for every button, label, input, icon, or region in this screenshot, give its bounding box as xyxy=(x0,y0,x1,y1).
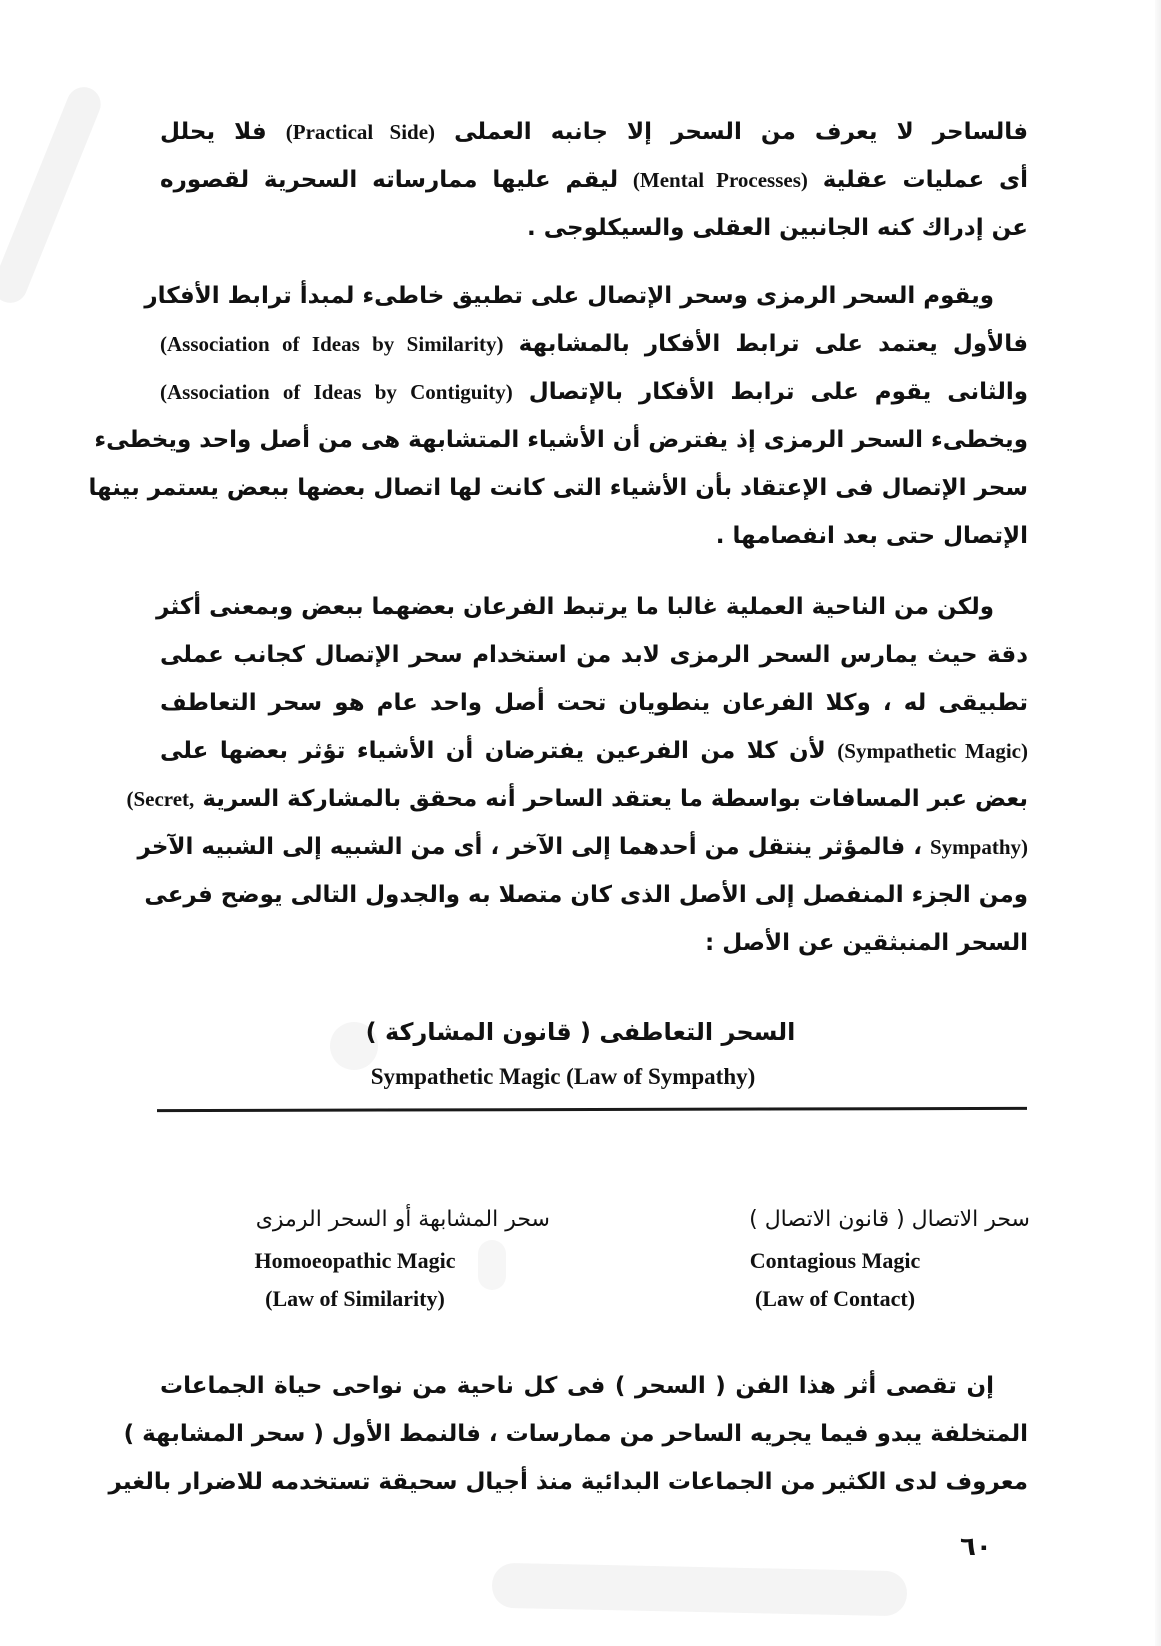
english-term: Sympathy) xyxy=(930,835,1028,859)
arabic-text: ليقم عليها ممارساته السحرية لقصوره xyxy=(160,167,618,193)
arabic-text: فلا يحلل xyxy=(160,119,267,145)
branch-arabic-label: سحر المشابهة أو السحر الرمزى xyxy=(160,1200,550,1240)
text-line: Sympathy) ، فالمؤثر ينتقل من أحدهما إلى … xyxy=(160,823,1028,871)
arabic-text: دقة حيث يمارس السحر الرمزى لابد من استخد… xyxy=(160,642,1028,668)
arabic-text: فالساحر لا يعرف من السحر إلا جانبه العمل… xyxy=(454,119,1028,145)
diagram-divider-line xyxy=(157,1107,1027,1112)
arabic-text: بعض عبر المسافات بواسطة ما يعتقد الساحر … xyxy=(202,786,1028,812)
english-term: (Association of Ideas by Contiguity) xyxy=(160,380,513,404)
english-term: (Mental Processes) xyxy=(633,168,808,192)
arabic-text: لأن كلا من الفرعين يفترضان أن الأشياء تؤ… xyxy=(160,738,826,764)
arabic-text: ، فالمؤثر ينتقل من أحدهما إلى الآخر ، أى… xyxy=(138,834,922,860)
text-line: بعض عبر المسافات بواسطة ما يعتقد الساحر … xyxy=(160,775,1028,823)
english-term: (Association of Ideas by Similarity) xyxy=(160,332,504,356)
branch-arabic-label: سحر الاتصال ( قانون الاتصال ) xyxy=(640,1200,1030,1240)
arabic-text: ولكن من الناحية العملية غالبا ما يرتبط ا… xyxy=(156,594,994,620)
text-line: فالأول يعتمد على ترابط الأفكار بالمشابهة… xyxy=(160,320,1028,368)
branch-english-law: (Law of Contact) xyxy=(640,1280,1030,1318)
arabic-text: إن تقصى أثر هذا الفن ( السحر ) فى كل ناح… xyxy=(160,1373,994,1399)
scan-smudge xyxy=(492,1563,908,1617)
page-edge-shadow xyxy=(1155,0,1161,1646)
text-line: ولكن من الناحية العملية غالبا ما يرتبط ا… xyxy=(160,583,1028,631)
text-line: الإتصال حتى بعد انفصامها . xyxy=(160,512,1028,560)
arabic-text: ويقوم السحر الرمزى وسحر الإتصال على تطبي… xyxy=(144,283,994,309)
text-line: (Sympathetic Magic) لأن كلا من الفرعين ي… xyxy=(160,727,1028,775)
diagram-branch-contagious: سحر الاتصال ( قانون الاتصال ) Contagious… xyxy=(640,1200,1030,1318)
diagram-root-english: Sympathetic Magic (Law of Sympathy) xyxy=(0,1060,1126,1094)
text-line: ويخطىء السحر الرمزى إذ يفترض أن الأشياء … xyxy=(160,416,1028,464)
arabic-text: المتخلفة يبدو فيما يجريه الساحر من ممارس… xyxy=(124,1421,1028,1447)
text-line: تطبيقى له ، وكلا الفرعان ينطويان تحت أصل… xyxy=(160,679,1028,727)
arabic-text: فالأول يعتمد على ترابط الأفكار بالمشابهة xyxy=(519,331,1028,357)
english-term: (Practical Side) xyxy=(286,120,435,144)
text-line: عن إدراك كنه الجانبين العقلى والسيكلوجى … xyxy=(160,204,1028,252)
paragraph-primitive-societies: إن تقصى أثر هذا الفن ( السحر ) فى كل ناح… xyxy=(160,1362,1028,1506)
arabic-text: السحر المنبثقين عن الأصل : xyxy=(705,930,1028,956)
text-line: المتخلفة يبدو فيما يجريه الساحر من ممارس… xyxy=(160,1410,1028,1458)
english-term: (Secret, xyxy=(126,787,194,811)
arabic-text: عن إدراك كنه الجانبين العقلى والسيكلوجى … xyxy=(527,215,1028,241)
text-line: ويقوم السحر الرمزى وسحر الإتصال على تطبي… xyxy=(160,272,1028,320)
text-line: إن تقصى أثر هذا الفن ( السحر ) فى كل ناح… xyxy=(160,1362,1028,1410)
text-line: دقة حيث يمارس السحر الرمزى لابد من استخد… xyxy=(160,631,1028,679)
branch-english-name: Contagious Magic xyxy=(640,1242,1030,1280)
text-line: السحر المنبثقين عن الأصل : xyxy=(160,919,1028,967)
paragraph-association-of-ideas: ويقوم السحر الرمزى وسحر الإتصال على تطبي… xyxy=(160,272,1028,560)
english-term: (Sympathetic Magic) xyxy=(837,739,1028,763)
text-line: معروف لدى الكثير من الجماعات البدائية من… xyxy=(160,1458,1028,1506)
arabic-text: سحر الإتصال فى الإعتقاد بأن الأشياء التى… xyxy=(88,475,1028,501)
text-line: فالساحر لا يعرف من السحر إلا جانبه العمل… xyxy=(160,108,1028,156)
arabic-text: معروف لدى الكثير من الجماعات البدائية من… xyxy=(109,1469,1028,1495)
branch-english-law: (Law of Similarity) xyxy=(160,1280,550,1318)
arabic-text: الإتصال حتى بعد انفصامها . xyxy=(716,523,1028,549)
text-line: والثانى يقوم على ترابط الأفكار بالإتصال … xyxy=(160,368,1028,416)
branch-english-name: Homoeopathic Magic xyxy=(160,1242,550,1280)
text-line: سحر الإتصال فى الإعتقاد بأن الأشياء التى… xyxy=(160,464,1028,512)
arabic-text: والثانى يقوم على ترابط الأفكار بالإتصال xyxy=(529,379,1028,405)
text-line: ومن الجزء المنفصل إلى الأصل الذى كان متص… xyxy=(160,871,1028,919)
scan-smudge xyxy=(0,82,106,308)
arabic-text: أى عمليات عقلية xyxy=(823,167,1028,193)
arabic-text: ومن الجزء المنفصل إلى الأصل الذى كان متص… xyxy=(144,882,1028,908)
paragraph-sympathetic-magic: ولكن من الناحية العملية غالبا ما يرتبط ا… xyxy=(160,583,1028,967)
diagram-root-arabic: السحر التعاطفى ( قانون المشاركة ) xyxy=(0,1012,1161,1052)
arabic-text: ويخطىء السحر الرمزى إذ يفترض أن الأشياء … xyxy=(94,427,1028,453)
arabic-text: تطبيقى له ، وكلا الفرعان ينطويان تحت أصل… xyxy=(160,690,1028,716)
paragraph-practical-side: فالساحر لا يعرف من السحر إلا جانبه العمل… xyxy=(160,108,1028,252)
text-line: أى عمليات عقلية (Mental Processes) ليقم … xyxy=(160,156,1028,204)
page-number: ٦٠ xyxy=(960,1532,992,1562)
scanned-book-page: فالساحر لا يعرف من السحر إلا جانبه العمل… xyxy=(0,0,1161,1646)
diagram-branch-homoeopathic: سحر المشابهة أو السحر الرمزى Homoeopathi… xyxy=(160,1200,550,1318)
